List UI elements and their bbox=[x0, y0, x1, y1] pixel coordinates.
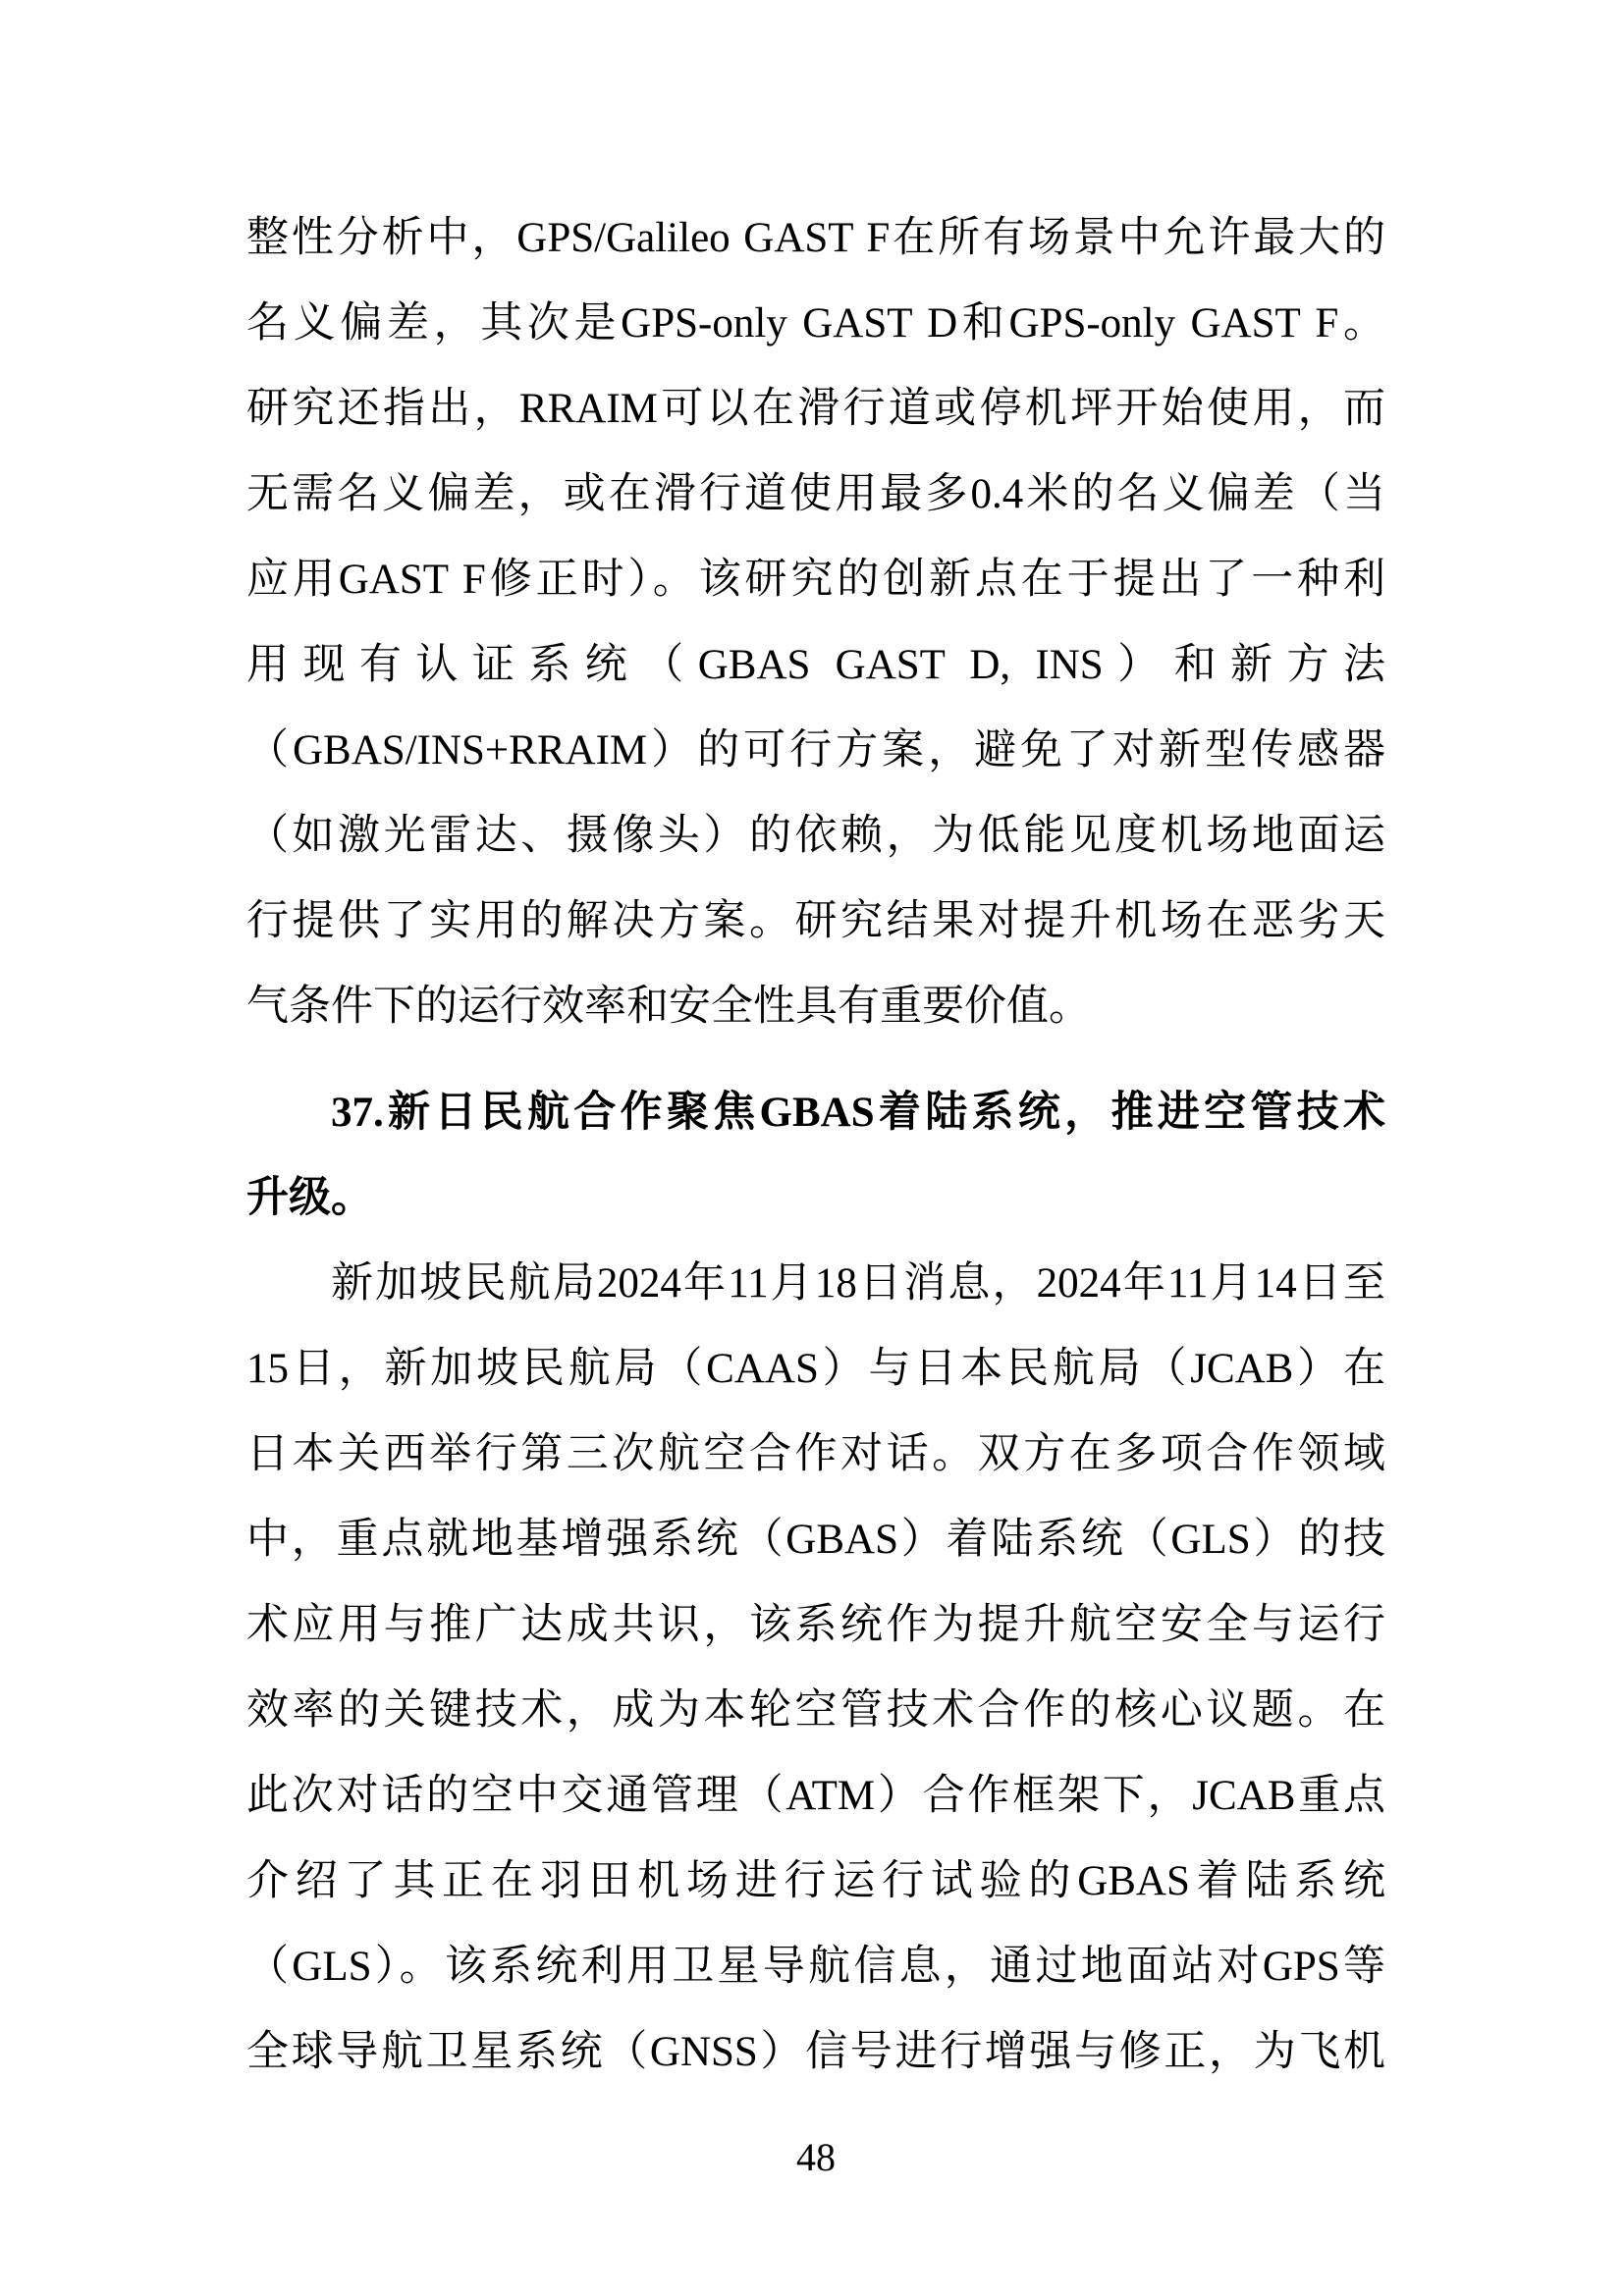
text-line: 应用GAST F修正时）。该研究的创新点在于提出了一种利 bbox=[246, 537, 1385, 622]
text-line: 介绍了其正在羽田机场进行运行试验的GBAS着陆系统 bbox=[246, 1839, 1385, 1924]
text-line: （GLS）。该系统利用卫星导航信息，通过地面站对GPS等 bbox=[246, 1924, 1385, 2009]
text-line: 行提供了实用的解决方案。研究结果对提升机场在恶劣天 bbox=[246, 879, 1385, 964]
text-line: 研究还指出，RRAIM可以在滑行道或停机坪开始使用，而 bbox=[246, 366, 1385, 452]
heading-line: 升级。 bbox=[246, 1155, 1385, 1241]
text-line: （如激光雷达、摄像头）的依赖，为低能见度机场地面运 bbox=[246, 793, 1385, 879]
document-page: 整性分析中，GPS/Galileo GAST F在所有场景中允许最大的名义偏差，… bbox=[0, 0, 1624, 2296]
text-line: 术应用与推广达成共识，该系统作为提升航空安全与运行 bbox=[246, 1582, 1385, 1668]
heading-line: 37.新日民航合作聚焦GBAS着陆系统，推进空管技术 bbox=[246, 1070, 1385, 1155]
text-line: 名义偏差，其次是GPS-only GAST D和GPS-only GAST F。 bbox=[246, 281, 1385, 366]
text-line: 15日，新加坡民航局（CAAS）与日本民航局（JCAB）在 bbox=[246, 1326, 1385, 1412]
text-line: 无需名义偏差，或在滑行道使用最多0.4米的名义偏差（当 bbox=[246, 452, 1385, 537]
text-line: 新加坡民航局2024年11月18日消息，2024年11月14日至 bbox=[246, 1241, 1385, 1326]
text-line: （GBAS/INS+RRAIM）的可行方案，避免了对新型传感器 bbox=[246, 708, 1385, 793]
text-line: 效率的关键技术，成为本轮空管技术合作的核心议题。在 bbox=[246, 1668, 1385, 1753]
text-line: 用现有认证系统（GBAS GAST D, INS）和新方法 bbox=[246, 622, 1385, 708]
text-line: 中，重点就地基增强系统（GBAS）着陆系统（GLS）的技 bbox=[246, 1497, 1385, 1582]
text-line: 日本关西举行第三次航空合作对话。双方在多项合作领域 bbox=[246, 1412, 1385, 1497]
page-number: 48 bbox=[246, 2118, 1385, 2197]
text-line: 气条件下的运行效率和安全性具有重要价值。 bbox=[246, 964, 1385, 1049]
text-line: 整性分析中，GPS/Galileo GAST F在所有场景中允许最大的 bbox=[246, 195, 1385, 281]
text-line: 此次对话的空中交通管理（ATM）合作框架下，JCAB重点 bbox=[246, 1753, 1385, 1839]
document-text-block: 整性分析中，GPS/Galileo GAST F在所有场景中允许最大的名义偏差，… bbox=[246, 195, 1385, 2095]
text-line: 全球导航卫星系统（GNSS）信号进行增强与修正，为飞机 bbox=[246, 2009, 1385, 2095]
